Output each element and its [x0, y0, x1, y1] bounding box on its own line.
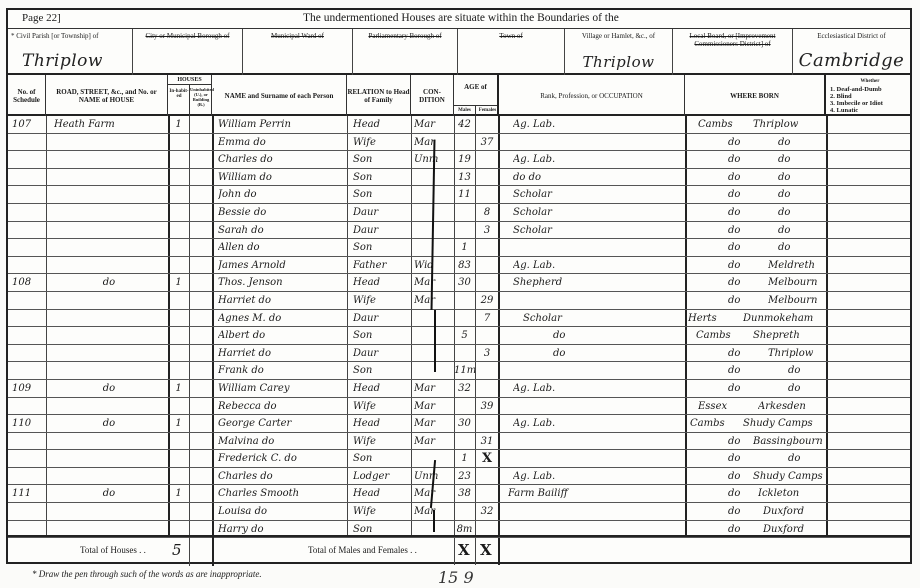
cell-born-county: do — [728, 257, 768, 275]
cell-name: John do — [218, 186, 346, 204]
col-age: AGE of Males Females — [454, 75, 499, 116]
cell-name: Bessie do — [218, 204, 346, 222]
cell-male: 83 — [454, 257, 475, 275]
cell-occupation: Shepherd — [513, 274, 683, 292]
footnote: * Draw the pen through such of the words… — [32, 569, 262, 579]
col-condition: CON-DITION — [411, 75, 454, 116]
cell-inhabited — [168, 433, 189, 451]
cell-occupation — [513, 134, 683, 152]
cell-name: Harriet do — [218, 292, 346, 310]
cell-born-county: Herts — [688, 310, 728, 328]
cell-road — [54, 362, 164, 380]
cell-occupation: Scholar — [513, 222, 683, 240]
cell-condition — [414, 362, 452, 380]
col-road: ROAD, STREET, &c., and No. or NAME of HO… — [46, 75, 168, 116]
cell-condition — [414, 327, 452, 345]
cell-born-county: Essex — [698, 398, 738, 416]
cell-born-place: Melbourn — [768, 292, 825, 310]
cell-relation: Daur — [353, 345, 409, 363]
table-row: 107 Heath Farm 1 William Perrin Head Mar… — [8, 116, 910, 134]
cell-born-county: do — [728, 292, 768, 310]
cell-born-place: do — [778, 186, 825, 204]
table-row: 109 do 1 William Carey Head Mar 32 Ag. L… — [8, 380, 910, 398]
cell-schedule — [12, 151, 44, 169]
cell-condition: Mar — [414, 380, 452, 398]
cell-road — [54, 151, 164, 169]
cell-female — [476, 415, 498, 433]
cell-road — [54, 239, 164, 257]
cell-male: 30 — [454, 274, 475, 292]
cell-born-place: do — [778, 169, 825, 187]
cell-road — [54, 204, 164, 222]
cell-born-place: do — [788, 450, 825, 468]
cell-occupation — [513, 292, 683, 310]
cell-occupation — [513, 503, 683, 521]
cell-born-place: Dunmokeham — [743, 310, 825, 328]
cell-female — [476, 485, 498, 503]
table-row: Rebecca do Wife Mar 39 Essex Arkesden — [8, 398, 910, 416]
cell-name: James Arnold — [218, 257, 346, 275]
cell-label: Municipal Ward of — [243, 29, 352, 40]
cell-schedule — [12, 398, 44, 416]
cell-occupation — [513, 362, 683, 380]
cell-road — [54, 310, 164, 328]
cell-road — [54, 257, 164, 275]
cell-male: 23 — [454, 468, 475, 486]
cell-name: Thos. Jenson — [218, 274, 346, 292]
cell-born-place: Thriplow — [768, 345, 825, 363]
cell-label: Ecclesiastical District of — [793, 29, 910, 40]
cell-occupation: Scholar — [523, 310, 683, 328]
cell-occupation — [513, 239, 683, 257]
cell-male — [454, 134, 475, 152]
cell-born-county: do — [728, 274, 768, 292]
cell-relation: Wife — [353, 292, 409, 310]
cell-female — [476, 257, 498, 275]
cell-male: 32 — [454, 380, 475, 398]
totals-row: Total of Houses . . 5 Total of Males and… — [8, 535, 910, 564]
cell-road — [54, 450, 164, 468]
cell-male — [454, 310, 475, 328]
cell-1: 2. Blind — [830, 93, 910, 100]
cell-name: Charles do — [218, 468, 346, 486]
village-field: Village or Hamlet, &c., of Thriplow — [565, 29, 673, 75]
cell-road — [54, 345, 164, 363]
cell-label: Local Board, or [Improvement Commissione… — [673, 29, 792, 48]
cell-occupation: do — [553, 327, 683, 345]
cell-born-county: do — [728, 151, 768, 169]
cell-female — [476, 327, 498, 345]
cell-name: Charles Smooth — [218, 485, 346, 503]
cell-name: Louisa do — [218, 503, 346, 521]
cell-road — [54, 222, 164, 240]
col-name: NAME and Surname of each Person — [212, 75, 347, 116]
cell-schedule — [12, 257, 44, 275]
cell-label: * Civil Parish [or Township] of — [8, 29, 132, 40]
cell-schedule — [12, 503, 44, 521]
cell-condition: Mar — [414, 415, 452, 433]
cell-name: Malvina do — [218, 433, 346, 451]
cell-schedule — [12, 134, 44, 152]
cell-inhabited: 1 — [168, 116, 189, 134]
cell-born-county: do — [728, 134, 768, 152]
cell-inhabited — [168, 222, 189, 240]
cell-born-place: Duxford — [763, 503, 825, 521]
total-houses-value: 5 — [172, 541, 182, 559]
cell-name: Charles do — [218, 151, 346, 169]
cell-male — [454, 398, 475, 416]
cell-relation: Head — [353, 116, 409, 134]
table-row: Malvina do Wife Mar 31 do Bassingbourn — [8, 433, 910, 451]
table-row: James Arnold Father Wid 83 Ag. Lab. do M… — [8, 257, 910, 275]
cell-road — [54, 327, 164, 345]
cell-relation: Wife — [353, 503, 409, 521]
cell-occupation: Farm Bailiff — [508, 485, 683, 503]
cell-schedule: 110 — [12, 415, 44, 433]
cell-born-place: do — [778, 151, 825, 169]
cell-inhabited — [168, 169, 189, 187]
cell-occupation: do — [553, 345, 683, 363]
cell-schedule — [12, 362, 44, 380]
cell-road — [54, 398, 164, 416]
cell-female — [476, 274, 498, 292]
cell-occupation: Scholar — [513, 186, 683, 204]
cell-schedule: 108 — [12, 274, 44, 292]
cell-schedule — [12, 468, 44, 486]
civil-parish-field: * Civil Parish [or Township] of Thriplow — [8, 29, 133, 75]
cell-relation: Head — [353, 485, 409, 503]
cell-value: Thriplow — [8, 51, 132, 71]
cell-born-place: Shudy Camps — [753, 468, 825, 486]
cell-male — [454, 222, 475, 240]
cell-0: 1. Deaf-and-Dumb — [830, 86, 910, 93]
cell-born-place: Shudy Camps — [743, 415, 825, 433]
cell-female — [476, 468, 498, 486]
cell-schedule: 109 — [12, 380, 44, 398]
cell-female — [476, 239, 498, 257]
cell-occupation: Ag. Lab. — [513, 380, 683, 398]
cell-relation: Son — [353, 327, 409, 345]
table-row: Harriet do Daur 3 do do Thriplow — [8, 345, 910, 363]
table-row: Albert do Son 5 do Cambs Shepreth — [8, 327, 910, 345]
cell-condition: Mar — [414, 433, 452, 451]
cell-infirmity-head: Whether — [830, 78, 910, 86]
cell-female: 29 — [476, 292, 498, 310]
cell-road — [54, 292, 164, 310]
cell-name: William do — [218, 169, 346, 187]
cell-condition — [414, 310, 452, 328]
cell-schedule — [12, 186, 44, 204]
table-row: 108 do 1 Thos. Jenson Head Mar 30 Shephe… — [8, 274, 910, 292]
cell-occupation: Ag. Lab. — [513, 151, 683, 169]
cell-uninhabited: Uninhabited (U.), or Building (B.) — [190, 87, 212, 107]
table-row: Frederick C. do Son 1 X do do — [8, 450, 910, 468]
cell-inhabited — [168, 450, 189, 468]
cell-born-county: do — [728, 503, 758, 521]
cell-inhabited: 1 — [168, 380, 189, 398]
cell-born-county: Cambs — [696, 327, 736, 345]
cell-relation: Son — [353, 151, 409, 169]
cell-schedule — [12, 450, 44, 468]
cell-born-county: do — [728, 204, 768, 222]
pen-stroke — [433, 510, 435, 532]
cell-inhabited — [168, 310, 189, 328]
cell-schedule — [12, 310, 44, 328]
cell-relation: Son — [353, 186, 409, 204]
cell-inhabited — [168, 345, 189, 363]
cell-born-place: Bassingbourn — [753, 433, 825, 451]
cell-males: Males — [454, 108, 475, 113]
cell-female — [476, 151, 498, 169]
cell-name: Harriet do — [218, 345, 346, 363]
cell-born-county: do — [728, 485, 758, 503]
cell-name: Emma do — [218, 134, 346, 152]
cell-born-place: Meldreth — [768, 257, 825, 275]
cell-relation: Son — [353, 362, 409, 380]
table-row: Harriet do Wife Mar 29 do Melbourn — [8, 292, 910, 310]
cell-schedule — [12, 222, 44, 240]
local-board-field: Local Board, or [Improvement Commissione… — [673, 29, 793, 75]
cell-age: AGE of — [454, 75, 497, 105]
cell-name: William Carey — [218, 380, 346, 398]
cell-relation: Head — [353, 415, 409, 433]
cell-schedule: 111 — [12, 485, 44, 503]
cell-male: 5 — [454, 327, 475, 345]
column-headers: No. of Schedule ROAD, STREET, &c., and N… — [8, 75, 910, 116]
cell-born-place: do — [788, 362, 825, 380]
cell-road — [54, 503, 164, 521]
col-relation: RELATION to Head of Family — [347, 75, 411, 116]
census-rows: 107 Heath Farm 1 William Perrin Head Mar… — [8, 116, 910, 538]
cell-name: Frederick C. do — [218, 450, 346, 468]
table-row: Sarah do Daur 3 Scholar do do — [8, 222, 910, 240]
cell-inhabited — [168, 292, 189, 310]
total-males-value: X — [458, 541, 470, 559]
cell-relation: Son — [353, 169, 409, 187]
table-row: Charles do Lodger Unm 23 Ag. Lab. do Shu… — [8, 468, 910, 486]
cell-name: George Carter — [218, 415, 346, 433]
cell-condition: Mar — [414, 116, 452, 134]
cell-relation: Head — [353, 380, 409, 398]
table-row: Frank do Son 11m do do — [8, 362, 910, 380]
cell-female — [476, 380, 498, 398]
table-row: Emma do Wife Mar 37 do do — [8, 134, 910, 152]
col-infirmity: Whether 1. Deaf-and-Dumb 2. Blind 3. Imb… — [826, 75, 910, 116]
cell-born-place: do — [778, 134, 825, 152]
table-row: John do Son 11 Scholar do do — [8, 186, 910, 204]
cell-relation: Wife — [353, 398, 409, 416]
cell-female: 32 — [476, 503, 498, 521]
cell-occupation — [513, 433, 683, 451]
cell-occupation — [513, 398, 683, 416]
cell-value: Cambridge — [793, 50, 910, 71]
table-row: 110 do 1 George Carter Head Mar 30 Ag. L… — [8, 415, 910, 433]
col-schedule: No. of Schedule — [8, 75, 46, 116]
cell-inhabited — [168, 204, 189, 222]
cell-houses: HOUSES — [168, 75, 211, 85]
table-row: Charles do Son Unm 19 Ag. Lab. do do — [8, 151, 910, 169]
cell-label: City or Municipal Borough of — [133, 29, 242, 40]
cell-inhabited — [168, 257, 189, 275]
cell-male: 19 — [454, 151, 475, 169]
cell-born-place: Melbourn — [768, 274, 825, 292]
ecclesiastical-district-field: Ecclesiastical District of Cambridge — [793, 29, 910, 75]
cell-relation: Daur — [353, 204, 409, 222]
cell-born-county: do — [728, 362, 768, 380]
cell-relation: Daur — [353, 310, 409, 328]
cell-born-county: do — [728, 345, 768, 363]
cell-road — [54, 134, 164, 152]
cell-female: 7 — [476, 310, 498, 328]
col-occupation: Rank, Profession, or OCCUPATION — [499, 75, 685, 116]
cell-inhabited: 1 — [168, 415, 189, 433]
cell-male — [454, 204, 475, 222]
locality-fields: * Civil Parish [or Township] of Thriplow… — [8, 29, 910, 75]
cell-road — [54, 186, 164, 204]
table-row: Allen do Son 1 do do — [8, 239, 910, 257]
title-band: Page 22] The undermentioned Houses are s… — [8, 10, 910, 29]
cell-name: William Perrin — [218, 116, 346, 134]
cell-condition — [414, 345, 452, 363]
cell-inhabited — [168, 327, 189, 345]
cell-road: Heath Farm — [54, 116, 164, 134]
cell-relation: Lodger — [353, 468, 409, 486]
cell-inhabited — [168, 239, 189, 257]
cell-occupation: Ag. Lab. — [513, 415, 683, 433]
cell-born-county: do — [728, 450, 768, 468]
cell-schedule — [12, 327, 44, 345]
total-persons-label: Total of Males and Females . . — [308, 545, 417, 555]
cell-occupation: do do — [513, 169, 683, 187]
cell-road: do — [54, 274, 164, 292]
cell-male — [454, 292, 475, 310]
cell-schedule — [12, 239, 44, 257]
cell-male: 30 — [454, 415, 475, 433]
cell-schedule — [12, 433, 44, 451]
cell-born-county: do — [728, 222, 768, 240]
cell-born-county: Cambs — [690, 415, 730, 433]
cell-schedule — [12, 292, 44, 310]
cell-born-place: Shepreth — [753, 327, 825, 345]
cell-born-place: Ickleton — [758, 485, 825, 503]
cell-born-place: do — [788, 380, 825, 398]
cell-male: 13 — [454, 169, 475, 187]
cell-relation: Son — [353, 450, 409, 468]
cell-born-county: do — [728, 169, 768, 187]
cell-name: Frank do — [218, 362, 346, 380]
cell-relation: Daur — [353, 222, 409, 240]
cell-name: Allen do — [218, 239, 346, 257]
cell-born-place: do — [778, 239, 825, 257]
cell-born-county: do — [728, 380, 768, 398]
cell-female: 31 — [476, 433, 498, 451]
page-number: Page 22] — [22, 12, 61, 24]
cell-male — [454, 503, 475, 521]
town-field: Town of — [458, 29, 565, 75]
cell-born-place: Thriplow — [753, 116, 825, 134]
cell-inhabited — [168, 134, 189, 152]
cell-born-county: Cambs — [698, 116, 753, 134]
col-where-born: WHERE BORN — [685, 75, 826, 116]
table-row: Bessie do Daur 8 Scholar do do — [8, 204, 910, 222]
cell-schedule — [12, 204, 44, 222]
cell-female — [476, 169, 498, 187]
cell-road: do — [54, 380, 164, 398]
cell-occupation: Ag. Lab. — [513, 468, 683, 486]
cell-relation: Son — [353, 239, 409, 257]
cell-relation: Wife — [353, 134, 409, 152]
municipal-ward-field: Municipal Ward of — [243, 29, 353, 75]
cell-born-county: do — [728, 239, 768, 257]
cell-value: Thriplow — [565, 53, 672, 71]
table-row: Agnes M. do Daur 7 Scholar Herts Dunmoke… — [8, 310, 910, 328]
cell-female: 39 — [476, 398, 498, 416]
pencil-annotation: 15 9 — [438, 568, 474, 587]
cell-road — [54, 433, 164, 451]
cell-inhabited — [168, 151, 189, 169]
cell-male: 1 — [454, 450, 475, 468]
cell-road: do — [54, 415, 164, 433]
cell-name: Albert do — [218, 327, 346, 345]
cell-occupation: Scholar — [513, 204, 683, 222]
cell-occupation: Ag. Lab. — [513, 257, 683, 275]
cell-born-county: do — [728, 186, 768, 204]
cell-female — [476, 186, 498, 204]
cell-inhabited: In-habit-ed — [169, 89, 189, 99]
cell-inhabited — [168, 186, 189, 204]
cell-females: Females — [476, 108, 499, 113]
cell-female: 8 — [476, 204, 498, 222]
cell-female — [476, 362, 498, 380]
table-row: Louisa do Wife Mar 32 do Duxford — [8, 503, 910, 521]
cell-female: 37 — [476, 134, 498, 152]
municipal-borough-field: City or Municipal Borough of — [133, 29, 243, 75]
cell-male: 11 — [454, 186, 475, 204]
pen-stroke — [434, 310, 436, 372]
parliamentary-borough-field: Parliamentary Borough of — [353, 29, 458, 75]
cell-label: Village or Hamlet, &c., of — [565, 29, 672, 40]
boundary-title: The undermentioned Houses are situate wi… — [303, 12, 619, 24]
cell-relation: Head — [353, 274, 409, 292]
cell-relation: Father — [353, 257, 409, 275]
cell-label: Parliamentary Borough of — [353, 29, 457, 40]
cell-name: Agnes M. do — [218, 310, 346, 328]
cell-occupation — [513, 450, 683, 468]
cell-inhabited — [168, 398, 189, 416]
cell-road: do — [54, 485, 164, 503]
table-row: William do Son 13 do do do do — [8, 169, 910, 187]
table-row: 111 do 1 Charles Smooth Head Mar 38 Farm… — [8, 485, 910, 503]
cell-female: 3 — [476, 222, 498, 240]
cell-male: 1 — [454, 239, 475, 257]
cell-inhabited — [168, 503, 189, 521]
cell-male: 38 — [454, 485, 475, 503]
cell-inhabited: 1 — [168, 485, 189, 503]
cell-condition: Mar — [414, 292, 452, 310]
cell-road — [54, 169, 164, 187]
cell-male — [454, 345, 475, 363]
cell-condition: Mar — [414, 398, 452, 416]
cell-female: 3 — [476, 345, 498, 363]
cell-born-place: do — [778, 204, 825, 222]
cell-inhabited — [168, 468, 189, 486]
cell-occupation: Ag. Lab. — [513, 116, 683, 134]
cell-male: 42 — [454, 116, 475, 134]
cell-inhabited: 1 — [168, 274, 189, 292]
census-sheet: Page 22] The undermentioned Houses are s… — [6, 8, 912, 564]
cell-schedule — [12, 345, 44, 363]
cell-2: 3. Imbecile or Idiot — [830, 100, 910, 107]
